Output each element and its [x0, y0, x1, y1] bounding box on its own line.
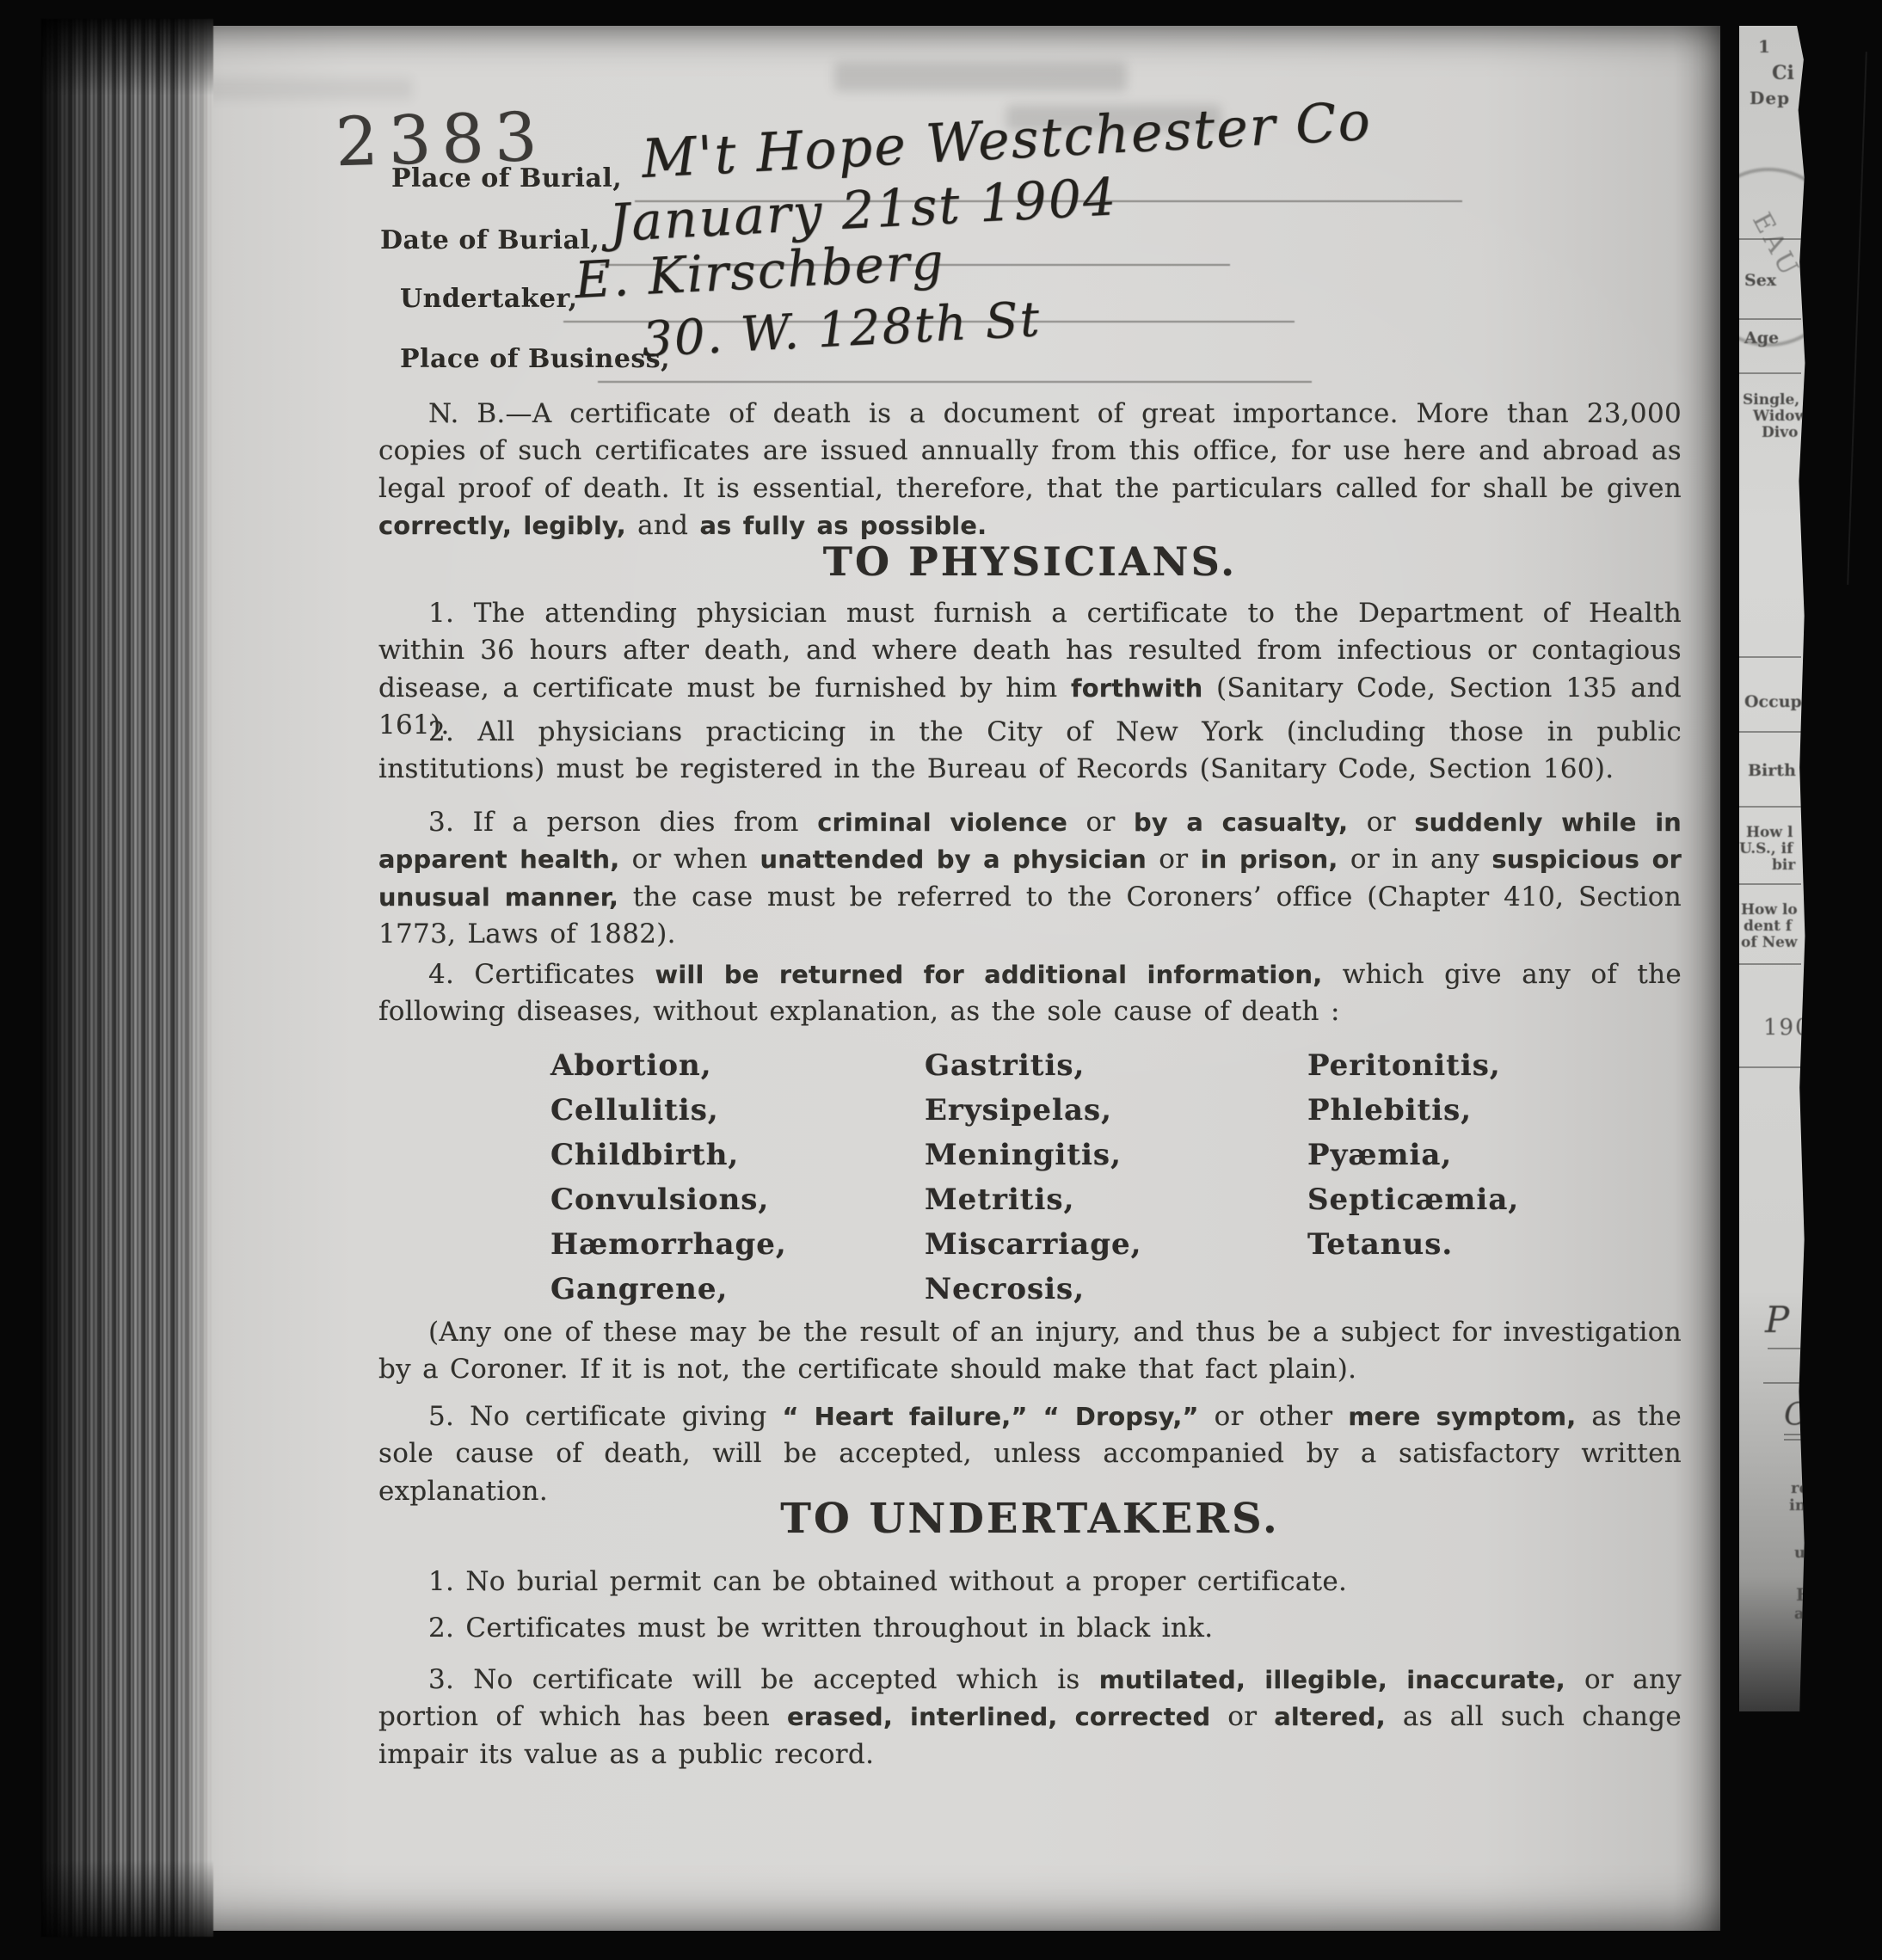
edge-fragment: 190 — [1763, 1015, 1806, 1041]
disease-item: Necrosis, — [925, 1267, 1141, 1312]
edge-fragment: Widow — [1753, 408, 1806, 425]
edge-fragment: Single, — [1743, 391, 1799, 409]
scanned-book-photograph: 2383 Place of Burial, M't Hope Westchest… — [0, 0, 1882, 1960]
disease-column-3: Peritonitis, Phlebitis, Pyæmia, Septicæm… — [1307, 1043, 1519, 1267]
disease-item: Convulsions, — [550, 1177, 787, 1222]
disease-item: Miscarriage, — [925, 1222, 1141, 1267]
edge-fragment: U.S., if — [1739, 840, 1793, 857]
disease-item: Gastritis, — [925, 1043, 1141, 1088]
disease-item: Pyæmia, — [1307, 1133, 1519, 1177]
field-label-undertaker: Undertaker, — [400, 284, 578, 314]
disease-item: Phlebitis, — [1307, 1088, 1519, 1133]
disease-item: Erysipelas, — [925, 1088, 1141, 1133]
disease-item: Septicæmia, — [1307, 1177, 1519, 1222]
edge-fragment: Occup — [1744, 692, 1802, 711]
disease-item: Peritonitis, — [1307, 1043, 1519, 1088]
disease-item: Hæmorrhage, — [550, 1222, 787, 1267]
bleed-through-ghost — [834, 62, 1127, 91]
edge-fragment: req — [1791, 1479, 1806, 1497]
column-rule — [1739, 883, 1801, 885]
edge-fragment: How lo — [1741, 901, 1798, 919]
book-page-edges — [41, 19, 213, 1937]
edge-fragment: 1 — [1758, 36, 1770, 57]
undertakers-item-2: 2. Certificates must be written througho… — [378, 1610, 1682, 1647]
edge-fragment: us — [1794, 1544, 1806, 1562]
disease-item: Cellulitis, — [550, 1088, 787, 1133]
edge-fragment: Sex — [1744, 271, 1776, 290]
edge-fragment: dent f — [1744, 918, 1792, 935]
physicians-item-2: 2. All physicians practicing in the City… — [378, 714, 1682, 789]
disease-item: Abortion, — [550, 1043, 787, 1088]
undertakers-item-1: 1. No burial permit can be obtained with… — [378, 1564, 1682, 1601]
edge-fragment: Ci — [1772, 62, 1794, 84]
column-rule — [1739, 1066, 1801, 1068]
field-rule — [598, 381, 1312, 383]
edge-fragment: Ca — [1784, 1398, 1806, 1433]
column-rule — [1784, 1439, 1806, 1441]
bleed-through-ghost — [206, 77, 413, 100]
field-label-place-of-business: Place of Business, — [400, 344, 670, 374]
column-rule — [1763, 1382, 1801, 1384]
column-rule — [1739, 372, 1801, 374]
physicians-item-4: 4. Certificates will be returned for add… — [378, 956, 1682, 1031]
disease-list: Abortion, Cellulitis, Childbirth, Convul… — [542, 1043, 1694, 1327]
edge-fragment: of New — [1741, 934, 1798, 951]
disease-column-2: Gastritis, Erysipelas, Meningitis, Metri… — [925, 1043, 1141, 1312]
edge-fragment: in — [1789, 1496, 1806, 1515]
edge-fragment: Dep — [1750, 88, 1790, 108]
undertakers-item-3: 3. No certificate will be accepted which… — [378, 1662, 1682, 1773]
physicians-item-5: 5. No certificate giving “ Heart failure… — [378, 1398, 1682, 1510]
edge-fragment: bir — [1772, 857, 1795, 874]
column-rule — [1768, 1348, 1800, 1349]
column-rule — [1739, 656, 1801, 658]
column-rule — [1739, 806, 1801, 808]
field-label-place-of-burial: Place of Burial, — [391, 163, 622, 194]
edge-fragment: Age — [1744, 329, 1779, 347]
register-page: 2383 Place of Burial, M't Hope Westchest… — [129, 26, 1720, 1931]
disease-item: Meningitis, — [925, 1133, 1141, 1177]
coroner-note: (Any one of these may be the result of a… — [378, 1314, 1682, 1389]
to-undertakers-heading: TO UNDERTAKERS. — [378, 1495, 1682, 1543]
column-rule — [1739, 963, 1801, 965]
disease-item: Metritis, — [925, 1177, 1141, 1222]
disease-item: Childbirth, — [550, 1133, 787, 1177]
edge-fragment: Divo — [1762, 424, 1798, 441]
nb-paragraph: N. B.—A certificate of death is a docume… — [378, 396, 1682, 545]
adjacent-page-edge: EAU 1 Ci Dep Sex Age Single, Widow Divo … — [1739, 26, 1806, 1711]
disease-column-1: Abortion, Cellulitis, Childbirth, Convul… — [550, 1043, 787, 1312]
edge-fragment: He — [1796, 1584, 1806, 1605]
disease-item: Tetanus. — [1307, 1222, 1519, 1267]
column-rule — [1784, 1434, 1806, 1435]
column-rule — [1739, 318, 1801, 320]
field-label-date-of-burial: Date of Burial, — [380, 225, 600, 255]
to-physicians-heading: TO PHYSICIANS. — [378, 538, 1682, 585]
column-rule — [1739, 238, 1801, 240]
disease-item: Gangrene, — [550, 1267, 787, 1312]
physicians-item-3: 3. If a person dies from criminal violen… — [378, 804, 1682, 954]
edge-fragment: How l — [1746, 824, 1793, 841]
column-rule — [1739, 731, 1801, 733]
film-scratch — [1847, 52, 1867, 585]
edge-fragment: Birth — [1748, 761, 1796, 780]
edge-fragment: P — [1765, 1299, 1789, 1341]
edge-fragment: at — [1794, 1605, 1806, 1623]
